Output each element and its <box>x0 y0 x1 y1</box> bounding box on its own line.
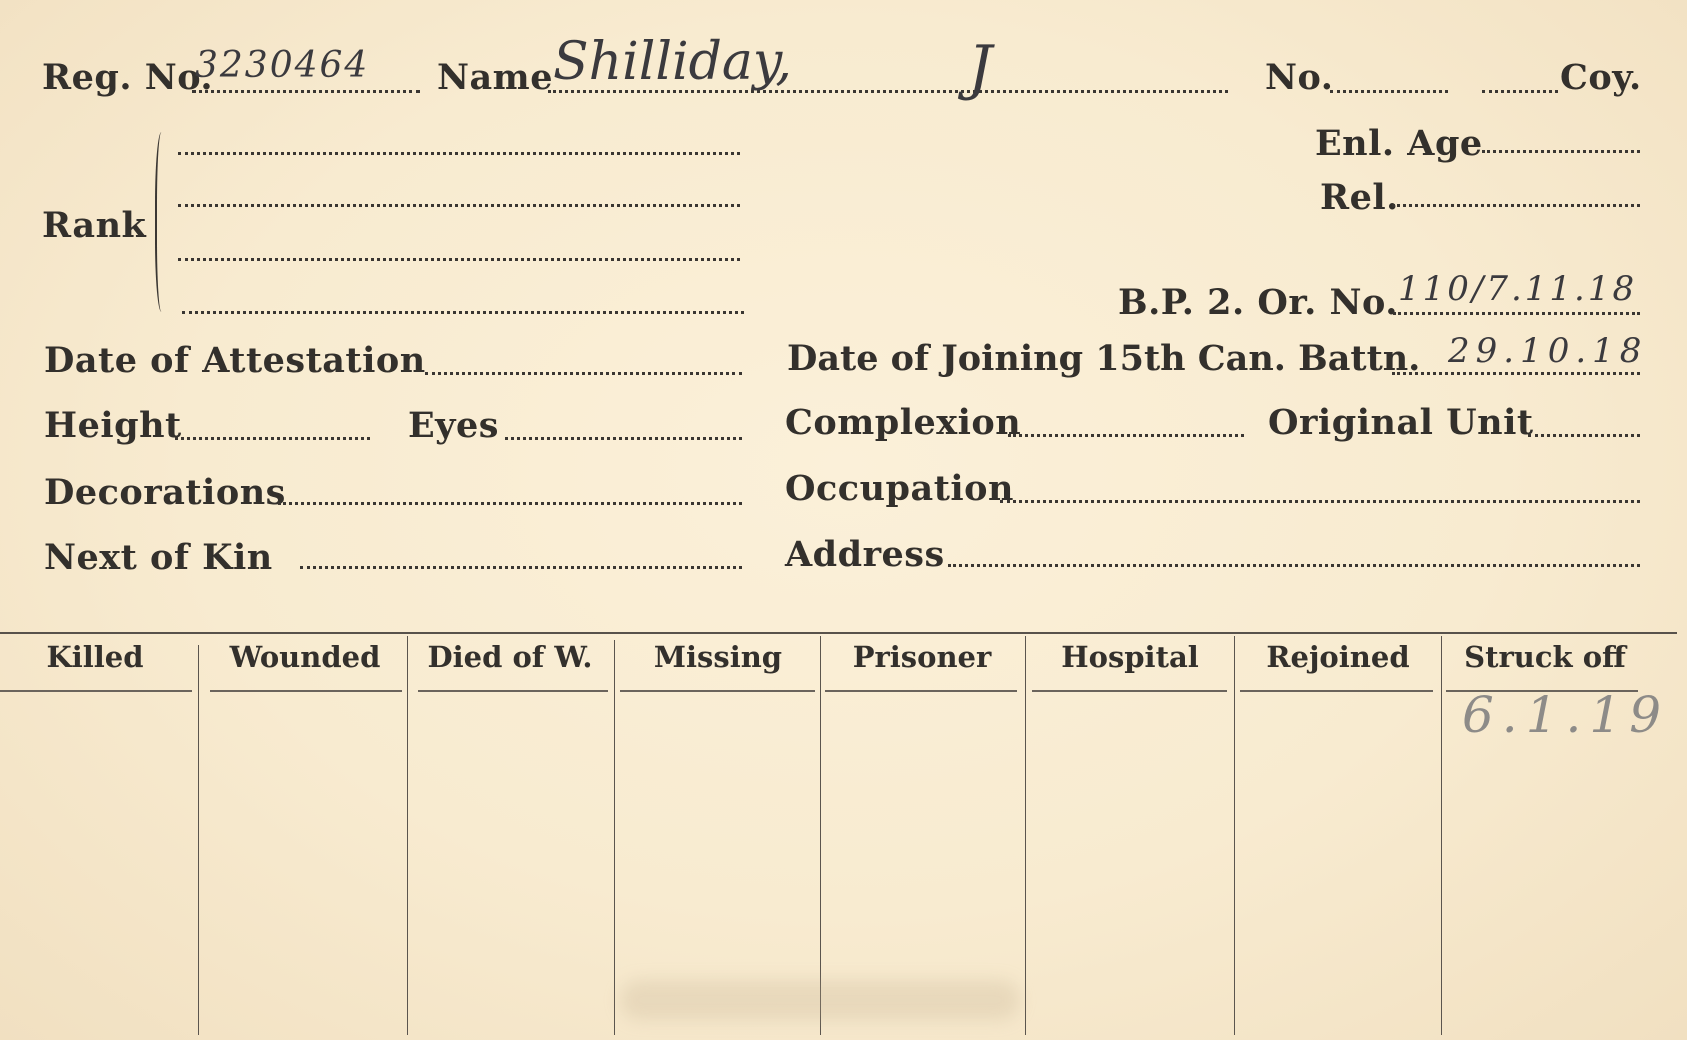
column-divider <box>407 636 408 1035</box>
header-underline <box>1032 690 1227 692</box>
header-underline <box>1240 690 1433 692</box>
column-header-struck-off: Struck off <box>1443 640 1647 674</box>
rank-line-2 <box>178 204 740 207</box>
decorations-label: Decorations <box>44 475 286 510</box>
height-label: Height <box>44 408 182 443</box>
complexion-dotted-line <box>1008 434 1244 437</box>
column-divider <box>1441 636 1442 1035</box>
column-header-prisoner: Prisoner <box>822 640 1022 674</box>
column-header-hospital: Hospital <box>1028 640 1232 674</box>
bp2-dotted-line <box>1393 312 1640 315</box>
address-label: Address <box>785 537 945 572</box>
coy-dotted-line <box>1482 90 1558 93</box>
name-value: Shilliday, <box>553 36 792 88</box>
no-label: No. <box>1265 60 1333 95</box>
height-dotted-line <box>175 437 370 440</box>
column-divider <box>1234 636 1235 1035</box>
complexion-label: Complexion <box>785 405 1021 440</box>
name-initial: J <box>968 38 992 98</box>
paper-stain <box>620 980 1020 1020</box>
date-of-joining-label: Date of Joining 15th Can. Battn. <box>787 341 1420 376</box>
rank-label: Rank <box>42 208 146 243</box>
bp2-value: 110/7.11.18 <box>1398 272 1637 306</box>
date-of-joining-dotted-line <box>1392 372 1640 375</box>
header-underline <box>0 690 192 692</box>
occupation-dotted-line <box>1000 500 1640 503</box>
name-label: Name <box>437 60 553 95</box>
table-top-rule <box>0 632 1677 634</box>
bp2-label: B.P. 2. Or. No. <box>1118 285 1398 320</box>
no-dotted-line <box>1330 90 1448 93</box>
address-dotted-line <box>948 564 1640 567</box>
header-underline <box>210 690 402 692</box>
date-of-attestation-dotted-line <box>425 372 742 375</box>
header-underline <box>418 690 608 692</box>
date-of-attestation-label: Date of Attestation <box>44 343 426 378</box>
column-divider <box>1025 636 1026 1035</box>
reg-no-value: 3230464 <box>195 48 369 84</box>
column-header-killed: Killed <box>0 640 190 674</box>
date-of-joining-value: 29.10.18 <box>1448 334 1647 368</box>
column-divider <box>198 645 199 1035</box>
header-underline <box>620 690 815 692</box>
column-header-rejoined: Rejoined <box>1236 640 1440 674</box>
next-of-kin-dotted-line <box>300 566 742 569</box>
enl-age-dotted-line <box>1482 150 1640 153</box>
column-divider <box>614 640 615 1035</box>
coy-label: Coy. <box>1560 60 1642 95</box>
reg-no-label: Reg. No. <box>42 60 213 95</box>
eyes-label: Eyes <box>408 408 499 443</box>
rel-dotted-line <box>1392 204 1640 207</box>
struck-off-value: 6.1.19 <box>1462 690 1669 740</box>
column-header-wounded: Wounded <box>205 640 405 674</box>
rank-line-3 <box>178 258 740 261</box>
reg-no-dotted-line <box>192 90 420 93</box>
casualty-record-card: Reg. No. 3230464 Name Shilliday, J No. C… <box>0 0 1687 1040</box>
column-header-missing: Missing <box>618 640 818 674</box>
eyes-dotted-line <box>505 437 742 440</box>
rank-line-4 <box>182 311 744 314</box>
decorations-dotted-line <box>278 502 742 505</box>
occupation-label: Occupation <box>785 471 1014 506</box>
rank-brace <box>155 132 171 312</box>
original-unit-dotted-line <box>1528 434 1640 437</box>
header-underline <box>825 690 1017 692</box>
column-header-died-of-wounds: Died of W. <box>410 640 610 674</box>
column-divider <box>820 636 821 1035</box>
rel-label: Rel. <box>1320 180 1399 215</box>
original-unit-label: Original Unit <box>1268 405 1534 440</box>
next-of-kin-label: Next of Kin <box>44 540 273 575</box>
rank-line-1 <box>178 152 740 155</box>
enl-age-label: Enl. Age <box>1315 126 1483 161</box>
